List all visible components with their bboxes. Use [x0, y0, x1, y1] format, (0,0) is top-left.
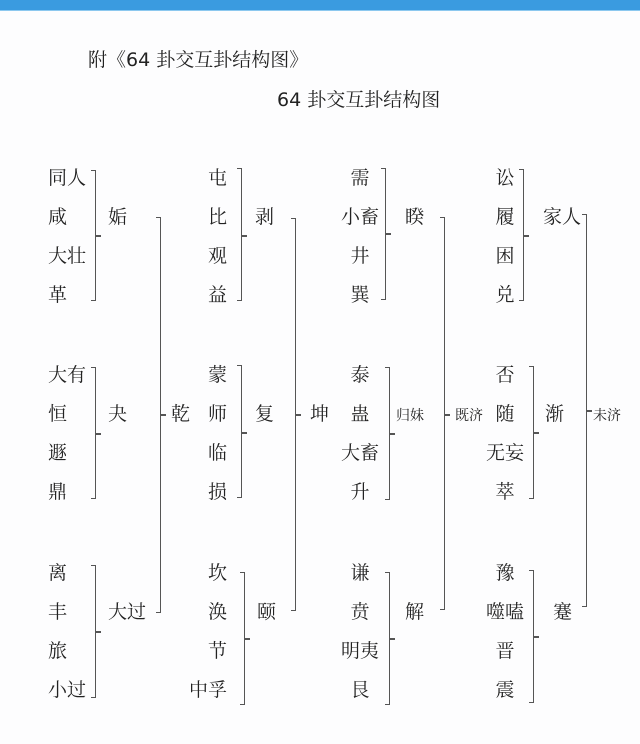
mutual-hexagram: 姤	[108, 206, 127, 228]
hexagram-label: 萃	[482, 481, 528, 503]
bracket-tick	[534, 432, 539, 434]
hexagram-label: 涣	[180, 601, 227, 623]
bracket-tick	[587, 410, 592, 412]
hexagram-label: 谦	[336, 562, 384, 584]
hexagram-label: 益	[180, 284, 227, 306]
mutual-hexagram: 颐	[257, 601, 276, 623]
mutual-hexagram: 复	[255, 403, 274, 425]
diagram-title: 64 卦交互卦结构图	[277, 85, 440, 112]
mutual-hexagram: 剥	[255, 206, 274, 228]
root-hexagram: 既济	[455, 405, 483, 427]
hexagram-label: 泰	[336, 364, 384, 386]
bracket-tick	[96, 631, 101, 633]
hexagram-label: 井	[336, 245, 384, 267]
hexagram-label: 遯	[48, 442, 67, 464]
mutual-hexagram: 归妹	[396, 405, 424, 427]
bracket-tick	[161, 414, 166, 416]
hexagram-label: 明夷	[336, 640, 384, 662]
bracket-tick	[390, 433, 395, 435]
hexagram-label: 噬嗑	[479, 601, 531, 623]
hexagram-label: 震	[482, 679, 528, 701]
hexagram-label: 随	[482, 403, 528, 425]
hexagram-label: 巽	[336, 284, 384, 306]
hexagram-label: 艮	[336, 679, 384, 701]
bracket-tick	[242, 235, 247, 237]
hexagram-label: 临	[180, 442, 227, 464]
hexagram-label: 晋	[482, 640, 528, 662]
hexagram-label: 节	[180, 640, 227, 662]
hexagram-label: 大壮	[48, 245, 86, 267]
bracket-tick	[296, 414, 301, 416]
top-bar	[0, 0, 640, 11]
hexagram-label: 坎	[180, 562, 227, 584]
hexagram-label: 贲	[336, 601, 384, 623]
hexagram-label: 中孚	[180, 679, 227, 701]
hexagram-label: 蒙	[180, 364, 227, 386]
hexagram-label: 大有	[48, 364, 86, 386]
hexagram-label: 革	[48, 284, 67, 306]
hexagram-label: 损	[180, 481, 227, 503]
root-hexagram: 未济	[593, 405, 621, 427]
mutual-hexagram: 家人	[543, 206, 581, 228]
mutual-hexagram: 蹇	[553, 601, 572, 623]
hexagram-label: 丰	[48, 601, 67, 623]
bracket-tick	[245, 638, 250, 640]
mutual-hexagram: 渐	[545, 403, 564, 425]
hexagram-label: 需	[336, 167, 384, 189]
hexagram-label: 旅	[48, 640, 67, 662]
hexagram-label: 豫	[482, 562, 528, 584]
bracket-tick	[96, 235, 101, 237]
bracket-tick	[445, 414, 450, 416]
hexagram-label: 升	[336, 481, 384, 503]
bracket-tick	[386, 233, 391, 235]
hexagram-label: 离	[48, 562, 67, 584]
hexagram-label: 比	[180, 206, 227, 228]
bracket-tick	[534, 636, 539, 638]
bracket-tick	[524, 235, 529, 237]
root-hexagram: 坤	[310, 403, 329, 425]
hexagram-label: 同人	[48, 167, 86, 189]
hexagram-label: 无妄	[482, 442, 528, 464]
hexagram-label: 蛊	[336, 403, 384, 425]
hexagram-label: 鼎	[48, 481, 67, 503]
hexagram-label: 否	[482, 364, 528, 386]
mutual-hexagram: 解	[405, 601, 424, 623]
hexagram-label: 观	[180, 245, 227, 267]
mutual-hexagram: 大过	[108, 601, 146, 623]
bracket-tick	[242, 432, 247, 434]
hexagram-label: 大畜	[336, 442, 384, 464]
hexagram-label: 小畜	[336, 206, 384, 228]
hexagram-label: 恒	[48, 403, 67, 425]
bracket-tick	[390, 638, 395, 640]
hexagram-label: 屯	[180, 167, 227, 189]
caption-title: 附《64 卦交互卦结构图》	[88, 45, 308, 72]
hexagram-label: 师	[180, 403, 227, 425]
hexagram-label: 咸	[48, 206, 67, 228]
hexagram-label: 小过	[48, 679, 86, 701]
mutual-hexagram: 睽	[405, 206, 424, 228]
mutual-hexagram: 夬	[108, 403, 127, 425]
bracket-tick	[96, 433, 101, 435]
